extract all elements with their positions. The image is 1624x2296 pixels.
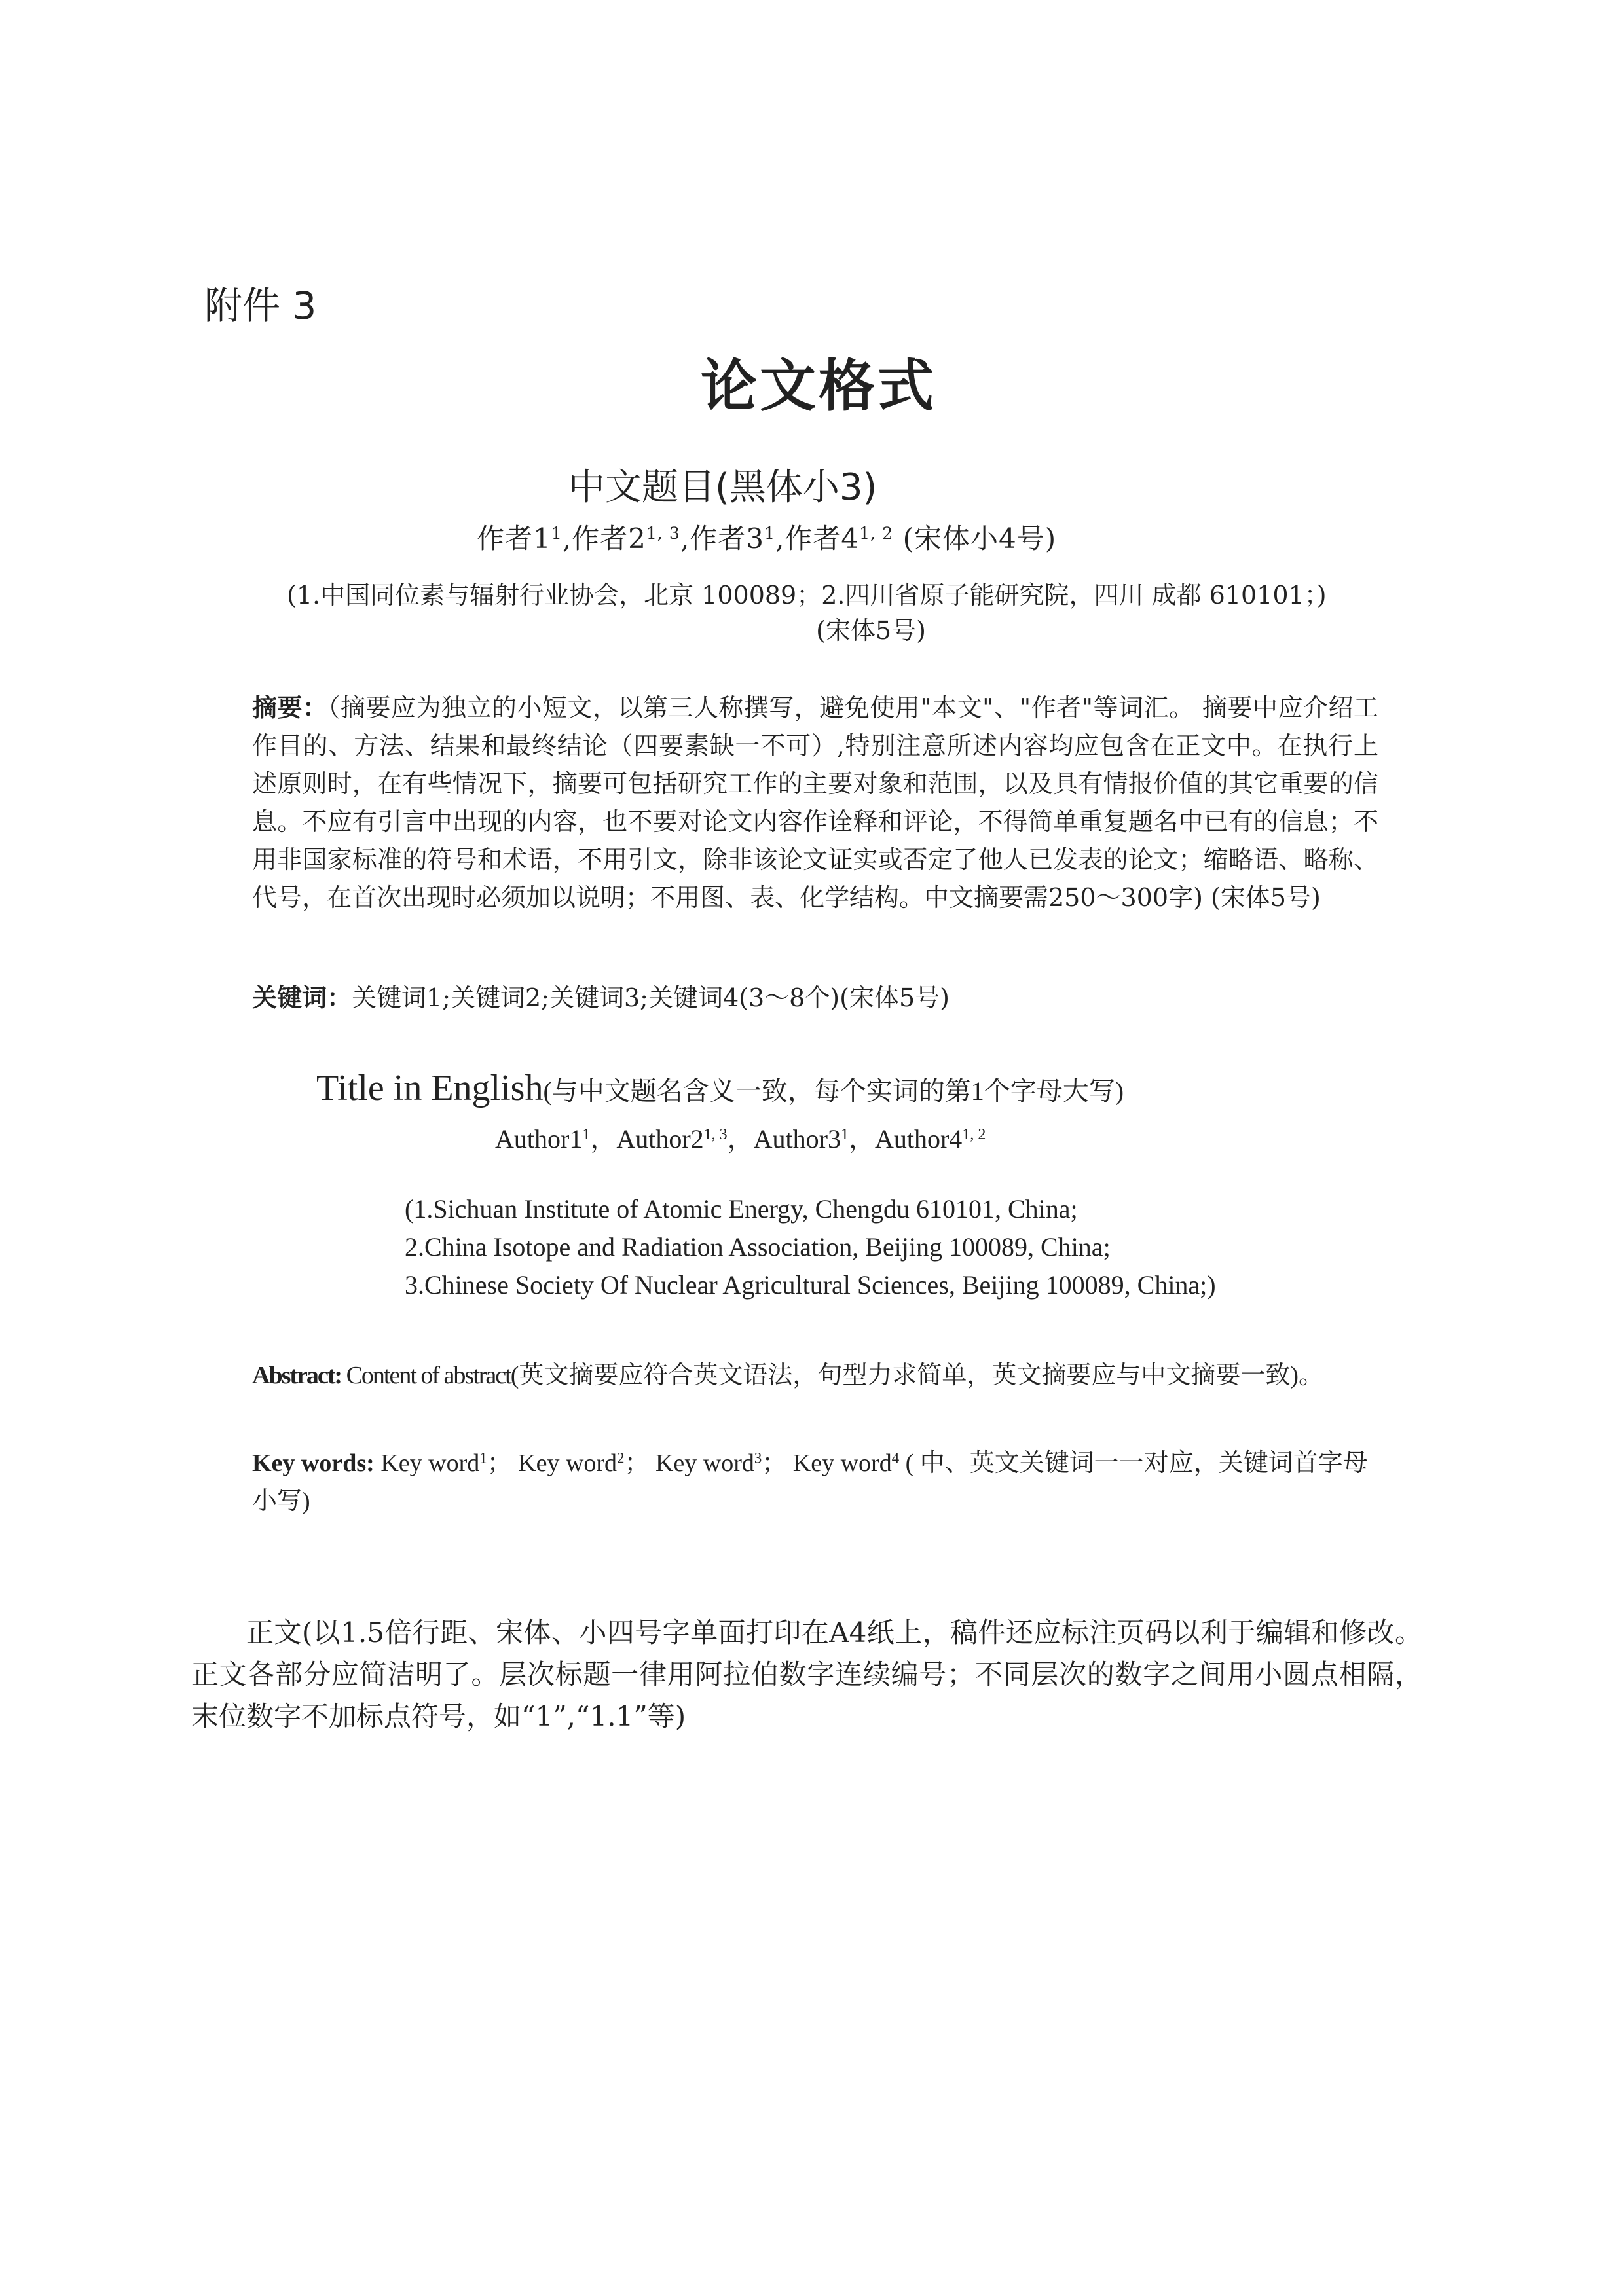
author-affiliation-sup: 1, 2 [859,524,893,543]
english-keywords: Key words: Key word1； Key word2； Key wor… [252,1444,1378,1520]
author-affiliation-sup: 1 [841,1126,849,1143]
abstract-note: (英文摘要应符合英文语法，句型力求简单，英文摘要应与中文摘要一致)。 [511,1362,1323,1389]
keyword-sup: 4 [892,1449,899,1466]
document-title: 论文格式 [701,340,936,422]
author-name: 作者3 [690,522,764,555]
keyword-sup: 3 [754,1449,762,1466]
keywords-label: 关键词： [252,983,352,1012]
author-name: 作者4 [784,522,859,555]
author-separator: ， [849,1124,875,1154]
author-name: Author2 [616,1124,703,1154]
author-name: Author4 [875,1124,962,1154]
keywords-text: 关键词1;关键词2;关键词3;关键词4(3～8个)(宋体5号) [352,983,950,1012]
keyword-separator: ； [762,1449,786,1477]
chinese-title: 中文题目(黑体小3) [568,458,877,511]
keyword-sup: 1 [479,1449,487,1466]
keyword: Key word [793,1449,892,1477]
keyword: Key word [518,1449,617,1477]
abstract-label: 摘要： [252,693,327,722]
english-title-note: (与中文题名含义一致，每个实词的第1个字母大写) [543,1076,1124,1106]
chinese-affiliations-format-note: (宋体5号) [0,610,1624,646]
format-note: (宋体5号) [816,616,926,645]
keyword-separator: ； [487,1449,512,1477]
author-name: 作者2 [572,522,646,555]
author-affiliation-sup: 1, 2 [962,1126,986,1143]
author-name: Author1 [495,1124,582,1154]
abstract-content: Content of abstract [341,1362,511,1389]
author-affiliation-sup: 1, 3 [646,524,680,543]
english-affiliations: (1.Sichuan Institute of Atomic Energy, C… [405,1190,1426,1304]
affiliation-line: 2.China Isotope and Radiation Associatio… [405,1228,1426,1266]
english-abstract: Abstract: Content of abstract(英文摘要应符合英文语… [252,1357,1378,1394]
affiliation-line: 3.Chinese Society Of Nuclear Agricultura… [405,1266,1426,1304]
author-separator: , [680,522,690,555]
author-separator: , [563,522,572,555]
author-affiliation-sup: 1, 3 [704,1126,728,1143]
keywords-label: Key words: [252,1449,375,1477]
keyword-sup: 2 [617,1449,624,1466]
affiliation-line: (1.Sichuan Institute of Atomic Energy, C… [405,1190,1426,1228]
author-name: Author3 [754,1124,841,1154]
keyword: Key word [655,1449,754,1477]
english-authors: Author11，Author21, 3，Author31，Author41, … [495,1118,986,1156]
abstract-text: （摘要应为独立的小短文，以第三人称撰写，避免使用"本文"、"作者"等词汇。 摘要… [252,693,1378,912]
body-text: 正文(以1.5倍行距、宋体、小四号字单面打印在A4纸上，稿件还应标注页码以利于编… [191,1612,1422,1738]
author-affiliation-sup: 1 [582,1126,590,1143]
author-affiliation-sup: 1 [764,524,775,543]
author-separator: ， [590,1124,616,1154]
abstract-label: Abstract: [252,1362,341,1389]
chinese-authors: 作者11,作者21, 3,作者31,作者41, 2 (宋体小4号) [477,517,1056,556]
author-affiliation-sup: 1 [551,524,563,543]
keyword-separator: ； [624,1449,649,1477]
format-note: (宋体小4号) [893,522,1056,555]
author-separator: , [775,522,784,555]
attachment-label: 附件 3 [204,275,316,330]
chinese-keywords: 关键词：关键词1;关键词2;关键词3;关键词4(3～8个)(宋体5号) [252,979,1378,1017]
keyword: Key word [380,1449,479,1477]
author-separator: ， [728,1124,754,1154]
author-name: 作者1 [477,522,551,555]
english-title-text: Title in English [316,1068,543,1108]
chinese-abstract: 摘要：（摘要应为独立的小短文，以第三人称撰写，避免使用"本文"、"作者"等词汇。… [252,689,1378,917]
english-title: Title in English(与中文题名含义一致，每个实词的第1个字母大写) [316,1067,1124,1109]
chinese-affiliations: (1.中国同位素与辐射行业协会，北京 100089；2.四川省原子能研究院，四川… [287,575,1327,611]
